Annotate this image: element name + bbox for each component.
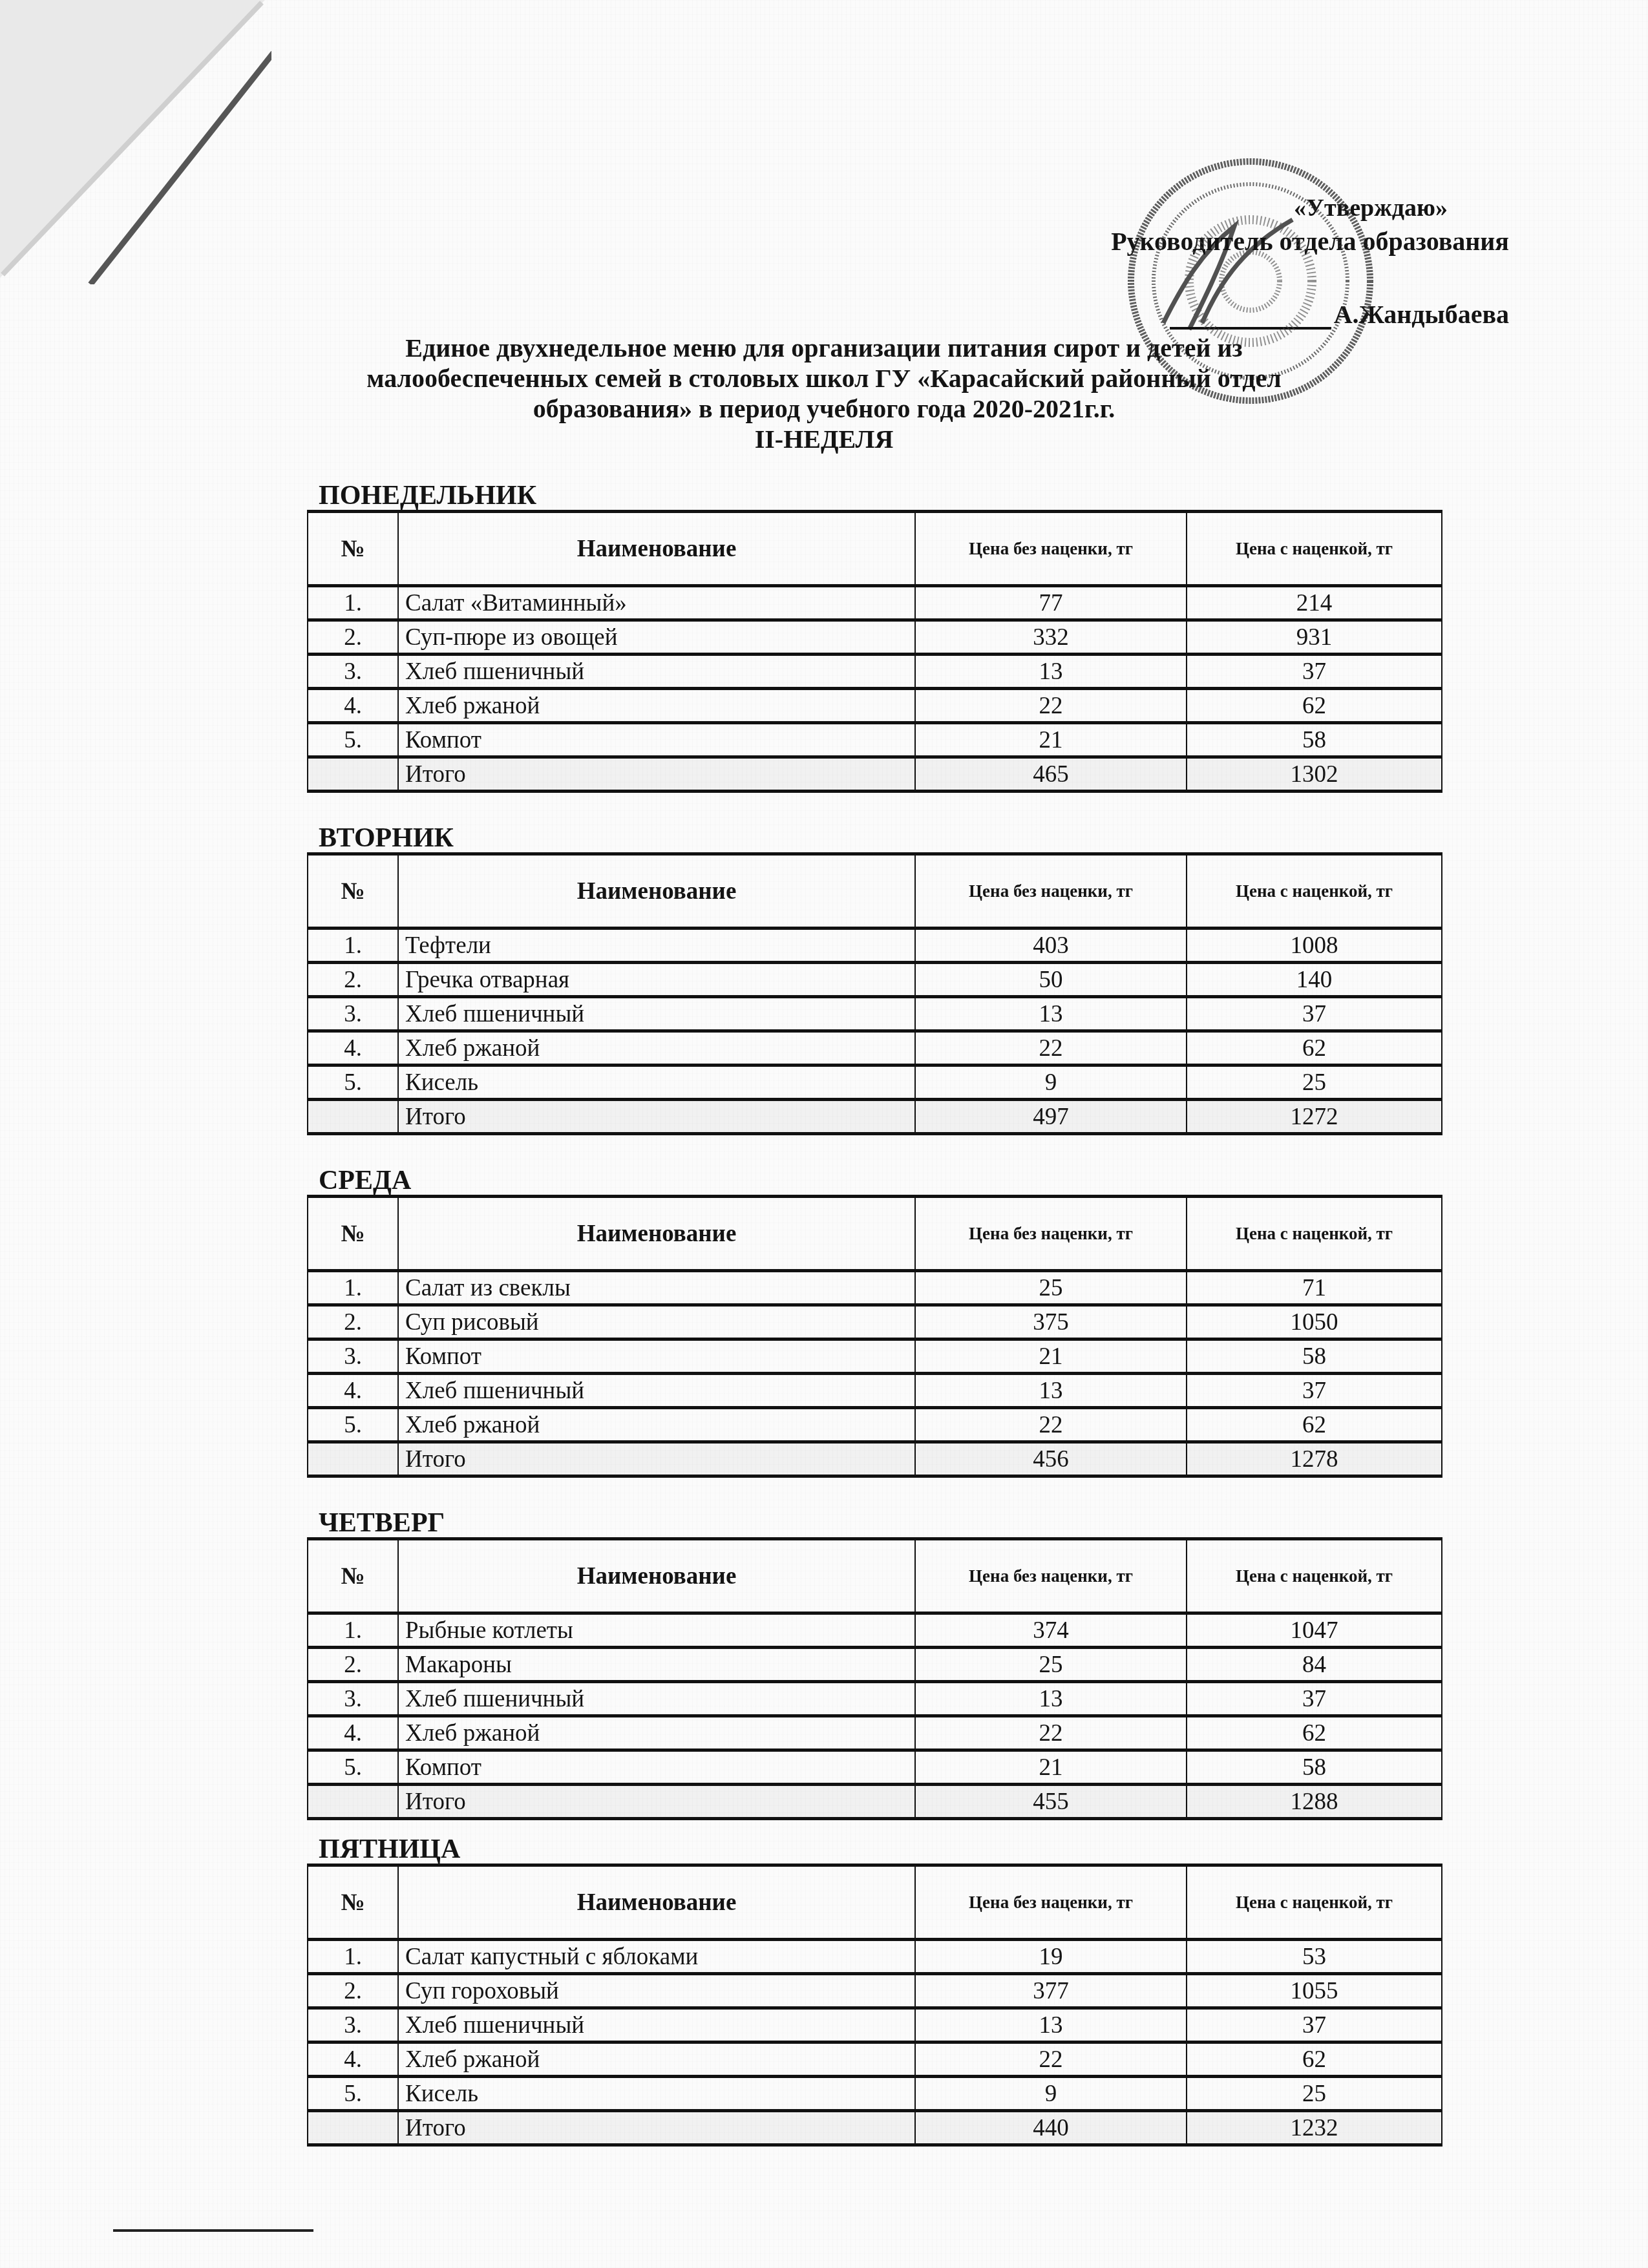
cell-name: Хлеб пшеничный (398, 2008, 915, 2042)
header-num: № (308, 854, 398, 929)
cell-price: 50 (915, 963, 1187, 997)
table-row: 4.Хлеб ржаной2262 (308, 2042, 1442, 2077)
table-row: 3.Хлеб пшеничный1337 (308, 1682, 1442, 1716)
header-name: Наименование (398, 512, 915, 586)
header-price-no-markup: Цена без наценки, тг (915, 512, 1187, 586)
title-line-1: Единое двухнедельное меню для организаци… (0, 333, 1648, 363)
cell-name: Хлеб ржаной (398, 1031, 915, 1066)
cell-num: 4. (308, 2042, 398, 2077)
cell-price: 77 (915, 586, 1187, 620)
cell-price: 25 (915, 1648, 1187, 1682)
cell-num: 1. (308, 1613, 398, 1648)
cell-name: Хлеб пшеничный (398, 1682, 915, 1716)
table-row: 3.Хлеб пшеничный1337 (308, 2008, 1442, 2042)
cell-price: 25 (915, 1271, 1187, 1305)
table-row: 4.Хлеб ржаной2262 (308, 1031, 1442, 1066)
table-row: 2.Гречка отварная50140 (308, 963, 1442, 997)
cell-price: 13 (915, 1682, 1187, 1716)
cell-price: 456 (915, 1442, 1187, 1476)
cell-num: 5. (308, 2077, 398, 2111)
cell-price-markup: 25 (1187, 2077, 1442, 2111)
cell-num: 5. (308, 1408, 398, 1442)
header-price-with-markup: Цена с наценкой, тг (1187, 1197, 1442, 1271)
scan-edge-mark (113, 2229, 313, 2232)
cell-price: 22 (915, 1408, 1187, 1442)
cell-name: Салат из свеклы (398, 1271, 915, 1305)
cell-name: Компот (398, 1339, 915, 1374)
cell-name: Хлеб ржаной (398, 2042, 915, 2077)
cell-num: 5. (308, 1750, 398, 1785)
cell-price: 332 (915, 620, 1187, 655)
cell-num: 4. (308, 1716, 398, 1750)
cell-price: 22 (915, 1031, 1187, 1066)
total-row: Итого4401232 (308, 2111, 1442, 2145)
cell-price-markup: 37 (1187, 1374, 1442, 1408)
cell-num: 4. (308, 1031, 398, 1066)
day-label: СРЕДА (307, 1166, 1441, 1195)
cell-num: 1. (308, 929, 398, 963)
cell-name: Рыбные котлеты (398, 1613, 915, 1648)
cell-num: 3. (308, 2008, 398, 2042)
cell-price-markup: 140 (1187, 963, 1442, 997)
cell-price: 19 (915, 1940, 1187, 1974)
cell-price: 377 (915, 1974, 1187, 2008)
header-price-with-markup: Цена с наценкой, тг (1187, 1539, 1442, 1613)
table-header-row: № Наименование Цена без наценки, тг Цена… (308, 512, 1442, 586)
cell-price: 21 (915, 1339, 1187, 1374)
cell-name: Суп-пюре из овощей (398, 620, 915, 655)
cell-num: 3. (308, 1682, 398, 1716)
signature-line (1170, 304, 1331, 330)
header-name: Наименование (398, 1197, 915, 1271)
menu-table: № Наименование Цена без наценки, тг Цена… (307, 1537, 1442, 1820)
cell-price-markup: 58 (1187, 1339, 1442, 1374)
header-price-no-markup: Цена без наценки, тг (915, 854, 1187, 929)
cell-price: 21 (915, 1750, 1187, 1785)
cell-name: Хлеб ржаной (398, 1716, 915, 1750)
cell-price-markup: 84 (1187, 1648, 1442, 1682)
cell-price-markup: 1278 (1187, 1442, 1442, 1476)
menu-table: № Наименование Цена без наценки, тг Цена… (307, 852, 1442, 1135)
cell-price: 13 (915, 655, 1187, 689)
day-label: ВТОРНИК (307, 824, 1441, 852)
approved-label: «Утверждаю» (1111, 194, 1448, 222)
menu-table: № Наименование Цена без наценки, тг Цена… (307, 1195, 1442, 1478)
table-row: 3.Компот2158 (308, 1339, 1442, 1374)
cell-name: Хлеб пшеничный (398, 997, 915, 1031)
cell-price-markup: 214 (1187, 586, 1442, 620)
table-header-row: № Наименование Цена без наценки, тг Цена… (308, 854, 1442, 929)
table-row: 5.Кисель925 (308, 2077, 1442, 2111)
cell-name: Компот (398, 1750, 915, 1785)
cell-name: Хлеб пшеничный (398, 1374, 915, 1408)
cell-price: 22 (915, 1716, 1187, 1750)
cell-num: 2. (308, 963, 398, 997)
cell-num: 3. (308, 1339, 398, 1374)
cell-num: 2. (308, 1305, 398, 1339)
cell-name: Итого (398, 1785, 915, 1819)
cell-num: 1. (308, 1271, 398, 1305)
cell-num: 3. (308, 655, 398, 689)
cell-price: 497 (915, 1100, 1187, 1134)
header-num: № (308, 512, 398, 586)
cell-price-markup: 62 (1187, 2042, 1442, 2077)
cell-price-markup: 37 (1187, 2008, 1442, 2042)
cell-name: Салат «Витаминный» (398, 586, 915, 620)
cell-price-markup: 1055 (1187, 1974, 1442, 2008)
approval-block: «Утверждаю» Руководитель отдела образова… (1111, 194, 1509, 330)
table-row: 2.Суп рисовый3751050 (308, 1305, 1442, 1339)
table-row: 5.Хлеб ржаной2262 (308, 1408, 1442, 1442)
table-header-row: № Наименование Цена без наценки, тг Цена… (308, 1865, 1442, 1940)
header-price-no-markup: Цена без наценки, тг (915, 1539, 1187, 1613)
menu-table: № Наименование Цена без наценки, тг Цена… (307, 510, 1442, 793)
header-price-no-markup: Цена без наценки, тг (915, 1197, 1187, 1271)
signature-row: А.Жандыбаева (1111, 299, 1509, 330)
cell-name: Итого (398, 2111, 915, 2145)
cell-name: Суп рисовый (398, 1305, 915, 1339)
day-section-2: ВТОРНИК № Наименование Цена без наценки,… (307, 824, 1441, 1135)
cell-name: Кисель (398, 1066, 915, 1100)
cell-num (308, 1442, 398, 1476)
cell-price: 374 (915, 1613, 1187, 1648)
header-price-no-markup: Цена без наценки, тг (915, 1865, 1187, 1940)
cell-price: 465 (915, 757, 1187, 792)
header-price-with-markup: Цена с наценкой, тг (1187, 854, 1442, 929)
cell-name: Хлеб ржаной (398, 689, 915, 723)
cell-num: 3. (308, 997, 398, 1031)
cell-price-markup: 1050 (1187, 1305, 1442, 1339)
title-line-3: образования» в период учебного года 2020… (0, 394, 1648, 424)
header-price-with-markup: Цена с наценкой, тг (1187, 512, 1442, 586)
menu-table: № Наименование Цена без наценки, тг Цена… (307, 1864, 1442, 2147)
cell-name: Гречка отварная (398, 963, 915, 997)
table-row: 2.Суп-пюре из овощей332931 (308, 620, 1442, 655)
cell-name: Хлеб ржаной (398, 1408, 915, 1442)
table-row: 5.Компот2158 (308, 723, 1442, 757)
total-row: Итого4551288 (308, 1785, 1442, 1819)
table-row: 5.Кисель925 (308, 1066, 1442, 1100)
cell-price: 13 (915, 997, 1187, 1031)
cell-price-markup: 37 (1187, 997, 1442, 1031)
cell-num: 5. (308, 1066, 398, 1100)
day-section-1: ПОНЕДЕЛЬНИК № Наименование Цена без наце… (307, 481, 1441, 793)
cell-num: 1. (308, 586, 398, 620)
header-num: № (308, 1197, 398, 1271)
cell-price: 403 (915, 929, 1187, 963)
approver-position: Руководитель отдела образования (1111, 226, 1509, 257)
cell-num: 4. (308, 689, 398, 723)
cell-price: 9 (915, 2077, 1187, 2111)
table-row: 3.Хлеб пшеничный1337 (308, 655, 1442, 689)
cell-price: 22 (915, 2042, 1187, 2077)
cell-price: 13 (915, 2008, 1187, 2042)
cell-price: 375 (915, 1305, 1187, 1339)
cell-num: 2. (308, 1648, 398, 1682)
table-row: 5.Компот2158 (308, 1750, 1442, 1785)
header-num: № (308, 1539, 398, 1613)
day-label: ПОНЕДЕЛЬНИК (307, 481, 1441, 510)
cell-price-markup: 62 (1187, 689, 1442, 723)
cell-name: Тефтели (398, 929, 915, 963)
cell-price-markup: 1047 (1187, 1613, 1442, 1648)
table-row: 1.Тефтели4031008 (308, 929, 1442, 963)
cell-name: Итого (398, 757, 915, 792)
header-name: Наименование (398, 1539, 915, 1613)
cell-price: 440 (915, 2111, 1187, 2145)
cell-price-markup: 1272 (1187, 1100, 1442, 1134)
cell-num: 4. (308, 1374, 398, 1408)
table-header-row: № Наименование Цена без наценки, тг Цена… (308, 1539, 1442, 1613)
cell-name: Суп гороховый (398, 1974, 915, 2008)
header-name: Наименование (398, 854, 915, 929)
cell-price: 21 (915, 723, 1187, 757)
cell-name: Итого (398, 1442, 915, 1476)
cell-price-markup: 37 (1187, 655, 1442, 689)
total-row: Итого4561278 (308, 1442, 1442, 1476)
cell-num: 5. (308, 723, 398, 757)
cell-price-markup: 1232 (1187, 2111, 1442, 2145)
cell-price-markup: 62 (1187, 1408, 1442, 1442)
cell-price-markup: 71 (1187, 1271, 1442, 1305)
table-row: 1.Салат «Витаминный»77214 (308, 586, 1442, 620)
day-label: ПЯТНИЦА (307, 1835, 1441, 1864)
cell-price-markup: 25 (1187, 1066, 1442, 1100)
table-row: 4.Хлеб ржаной2262 (308, 1716, 1442, 1750)
cell-name: Кисель (398, 2077, 915, 2111)
cell-num (308, 757, 398, 792)
cell-name: Итого (398, 1100, 915, 1134)
day-section-5: ПЯТНИЦА № Наименование Цена без наценки,… (307, 1835, 1441, 2147)
cell-num: 2. (308, 1974, 398, 2008)
table-row: 4.Хлеб пшеничный1337 (308, 1374, 1442, 1408)
cell-num: 1. (308, 1940, 398, 1974)
table-row: 1.Салат капустный с яблоками1953 (308, 1940, 1442, 1974)
day-section-3: СРЕДА № Наименование Цена без наценки, т… (307, 1166, 1441, 1478)
signatory-name: А.Жандыбаева (1334, 299, 1509, 330)
week-label: II-НЕДЕЛЯ (0, 424, 1648, 454)
cell-num: 2. (308, 620, 398, 655)
cell-name: Хлеб пшеничный (398, 655, 915, 689)
table-row: 4.Хлеб ржаной2262 (308, 689, 1442, 723)
header-num: № (308, 1865, 398, 1940)
table-row: 2.Макароны2584 (308, 1648, 1442, 1682)
cell-price-markup: 53 (1187, 1940, 1442, 1974)
header-name: Наименование (398, 1865, 915, 1940)
cell-price-markup: 62 (1187, 1716, 1442, 1750)
document-title: Единое двухнедельное меню для организаци… (0, 333, 1648, 454)
total-row: Итого4971272 (308, 1100, 1442, 1134)
cell-price: 13 (915, 1374, 1187, 1408)
cell-price: 9 (915, 1066, 1187, 1100)
table-row: 1.Рыбные котлеты3741047 (308, 1613, 1442, 1648)
cell-num (308, 1100, 398, 1134)
table-row: 3.Хлеб пшеничный1337 (308, 997, 1442, 1031)
cell-name: Компот (398, 723, 915, 757)
table-header-row: № Наименование Цена без наценки, тг Цена… (308, 1197, 1442, 1271)
cell-price-markup: 1008 (1187, 929, 1442, 963)
header-price-with-markup: Цена с наценкой, тг (1187, 1865, 1442, 1940)
table-row: 2.Суп гороховый3771055 (308, 1974, 1442, 2008)
cell-num (308, 1785, 398, 1819)
table-row: 1.Салат из свеклы2571 (308, 1271, 1442, 1305)
cell-price-markup: 37 (1187, 1682, 1442, 1716)
cell-price-markup: 1288 (1187, 1785, 1442, 1819)
cell-price: 22 (915, 689, 1187, 723)
total-row: Итого4651302 (308, 757, 1442, 792)
cell-price-markup: 931 (1187, 620, 1442, 655)
cell-name: Макароны (398, 1648, 915, 1682)
day-label: ЧЕТВЕРГ (307, 1509, 1441, 1537)
cell-name: Салат капустный с яблоками (398, 1940, 915, 1974)
cell-price: 455 (915, 1785, 1187, 1819)
cell-price-markup: 58 (1187, 723, 1442, 757)
day-section-4: ЧЕТВЕРГ № Наименование Цена без наценки,… (307, 1509, 1441, 1820)
folded-corner (0, 0, 271, 284)
cell-price-markup: 58 (1187, 1750, 1442, 1785)
cell-price-markup: 1302 (1187, 757, 1442, 792)
title-line-2: малообеспеченных семей в столовых школ Г… (0, 363, 1648, 394)
cell-num (308, 2111, 398, 2145)
cell-price-markup: 62 (1187, 1031, 1442, 1066)
